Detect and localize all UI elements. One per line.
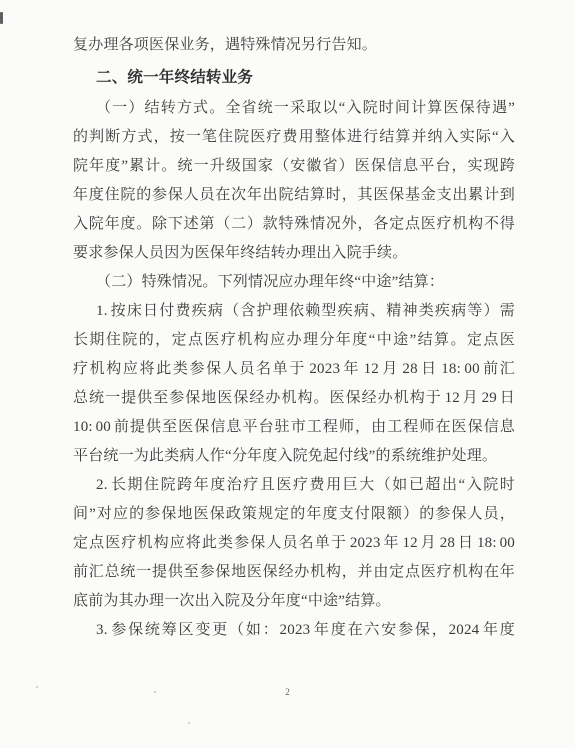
text-line: 前汇总统一提供至参保地医保经办机构，并由定点医疗机构在年 [73,558,515,587]
text-line: 院年度”累计。统一升级国家（安徽省）医保信息平台，实现跨 [73,152,515,181]
text-line: 平台统一为此类病人作“分年度入院免起付线”的系统维护处理。 [73,442,515,471]
text-line: 定点医疗机构应将此类参保人员名单于 2023 年 12 月 28 日 18: 0… [73,529,515,558]
text-line: 总统一提供至参保地医保经办机构。医保经办机构于 12 月 29 日 [73,384,515,413]
scan-speck [36,686,38,688]
scan-speck [188,722,190,724]
text-line: （二）特殊情况。下列情况应办理年终“中途”结算： [73,268,515,297]
page-number: 2 [0,687,575,697]
text-line: 年度住院的参保人员在次年出院结算时，其医保基金支出累计到 [73,181,515,210]
section-heading: 二、统一年终结转业务 [73,63,515,92]
text-line: 10: 00 前提供至医保信息平台驻市工程师，由工程师在医保信息 [73,413,515,442]
scanned-document-page: 复办理各项医保业务，遇特殊情况另行告知。二、统一年终结转业务（一）结转方式。全省… [0,0,575,748]
text-line: 复办理各项医保业务，遇特殊情况另行告知。 [73,31,515,60]
text-line: 入院年度。除下述第（二）款特殊情况外，各定点医疗机构不得 [73,210,515,239]
scan-artifact-mark [0,12,3,24]
text-line: 3. 参保统筹区变更（如：2023 年度在六安参保，2024 年度 [73,616,515,645]
text-line: 1. 按床日付费疾病（含护理依赖型疾病、精神类疾病等）需 [73,297,515,326]
text-line: 的判断方式，按一笔住院医疗费用整体进行结算并纳入实际“入 [73,123,515,152]
text-line: （一）结转方式。全省统一采取以“入院时间计算医保待遇” [73,94,515,123]
text-line: 要求参保人员因为医保年终结转办理出入院手续。 [73,239,515,268]
text-line: 疗机构应将此类参保人员名单于 2023 年 12 月 28 日 18: 00 前… [73,355,515,384]
text-line: 2. 长期住院跨年度治疗且医疗费用巨大（如已超出“入院时 [73,471,515,500]
text-line: 长期住院的，定点医疗机构应办理分年度“中途”结算。定点医 [73,326,515,355]
document-body: 复办理各项医保业务，遇特殊情况另行告知。二、统一年终结转业务（一）结转方式。全省… [73,31,515,645]
scan-speck [154,691,156,693]
text-line: 底前为其办理一次出入院及分年度“中途”结算。 [73,587,515,616]
text-line: 间”对应的参保地医保政策规定的年度支付限额）的参保人员， [73,500,515,529]
